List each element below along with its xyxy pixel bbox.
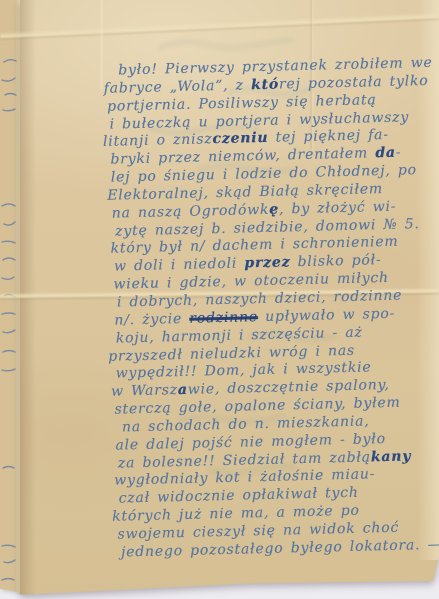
handwriting-segment: fabryce „Wola”, z [103,77,251,97]
handwriting-segment: na naszą Ogrodówk [111,202,269,222]
handwriting-segment: blisko pół- [290,252,382,270]
handwriting-text: było! Pierwszy przystanek zrobiłem wefab… [96,54,439,562]
handwriting-segment: czeniu [212,130,268,147]
handwriting-segment: rej pozostała tylko [279,73,429,93]
handwriting-segment: - [396,145,402,161]
handwriting-segment: w doli i niedoli [114,256,245,275]
handwriting-segment: któ [251,76,279,93]
handwriting-segment: a [178,382,188,398]
handwriting-segment: przez [244,255,290,272]
handwriting-segment: rodzinne [189,309,258,327]
handwriting-segment: n/. życie [114,311,189,329]
handwriting-segment: da [375,145,396,161]
handwriting-segment: w Warsz [111,382,178,400]
handwriting-segment: upływało w spo- [258,306,396,325]
letter-scan: było! Pierwszy przystanek zrobiłem wefab… [0,0,439,599]
handwriting-segment: kany [371,448,412,465]
handwriting-segment: , by złożyć wi- [279,198,397,217]
handwriting-segment: tej pięknej fa- [268,127,389,146]
handwriting-segment: litanji o znisz [103,132,213,151]
